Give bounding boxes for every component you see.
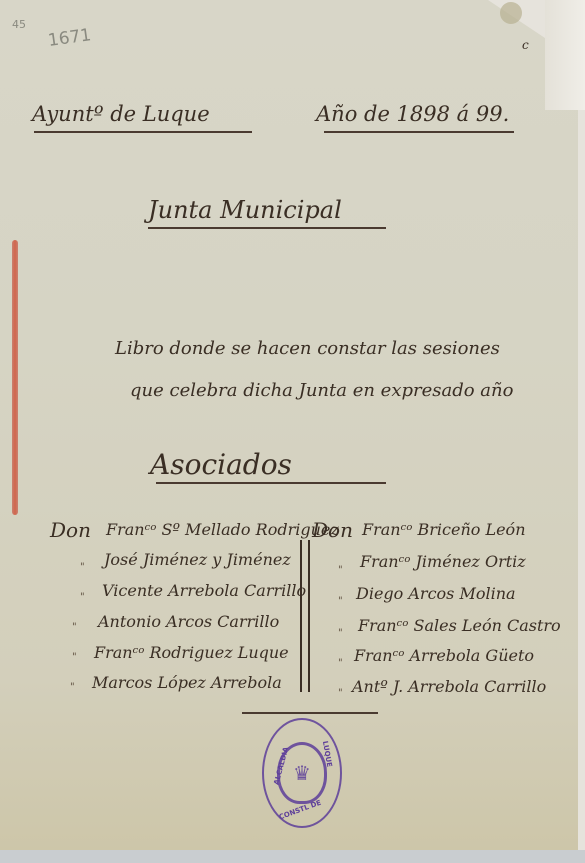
associate-name: Vicente Arrebola Carrillo — [102, 581, 306, 600]
scan-background — [0, 850, 585, 863]
ditto-mark: " — [338, 688, 343, 699]
associate-name: Franᶜᵒ Sales León Castro — [358, 616, 561, 635]
associate-name: Franᶜᵒ Rodriguez Luque — [94, 643, 289, 662]
ditto-mark: " — [338, 628, 343, 639]
binding-thread — [12, 240, 18, 515]
underline — [324, 131, 514, 133]
top-right-mark: c — [522, 38, 529, 52]
year-heading: Año de 1898 á 99. — [316, 102, 509, 126]
prefix: Don — [50, 518, 91, 542]
underline — [34, 131, 252, 133]
document-title: Junta Municipal — [148, 196, 342, 224]
associate-name: Diego Arcos Molina — [356, 584, 516, 603]
associate-name: Antº J. Arrebola Carrillo — [352, 677, 546, 696]
prefix: Don — [312, 518, 353, 542]
closing-rule — [242, 712, 378, 714]
associate-name: Marcos López Arrebola — [92, 673, 282, 692]
associate-name: Franᶜᵒ Briceño León — [362, 520, 526, 539]
associate-name: José Jiménez y Jiménez — [104, 550, 291, 569]
underline — [148, 227, 386, 229]
ditto-mark: " — [72, 622, 77, 633]
description-line-1: Libro donde se hacen constar las sesione… — [115, 338, 500, 359]
ditto-mark: " — [72, 652, 77, 663]
ditto-mark: " — [80, 562, 85, 573]
associate-name: Franᶜᵒ Arrebola Güeto — [354, 646, 534, 665]
column-divider — [308, 540, 310, 692]
associate-name: Antonio Arcos Carrillo — [98, 612, 279, 631]
underline — [156, 482, 386, 484]
column-divider — [300, 540, 302, 692]
ditto-mark: " — [338, 658, 343, 669]
ditto-mark: " — [80, 592, 85, 603]
ditto-mark: " — [338, 596, 343, 607]
municipality-heading: Ayuntº de Luque — [32, 102, 210, 126]
ditto-mark: " — [70, 682, 75, 693]
pencil-note-small: 45 — [12, 18, 26, 31]
ditto-mark: " — [338, 565, 343, 576]
page-edge — [545, 0, 585, 110]
description-line-2: que celebra dicha Junta en expresado año — [130, 380, 513, 401]
section-heading: Asociados — [150, 448, 292, 481]
associate-name: Franᶜᵒ Jiménez Ortiz — [360, 552, 526, 571]
associate-name: Franᶜᵒ Sº Mellado Rodriguez — [106, 520, 339, 539]
stain-mark — [500, 2, 522, 24]
